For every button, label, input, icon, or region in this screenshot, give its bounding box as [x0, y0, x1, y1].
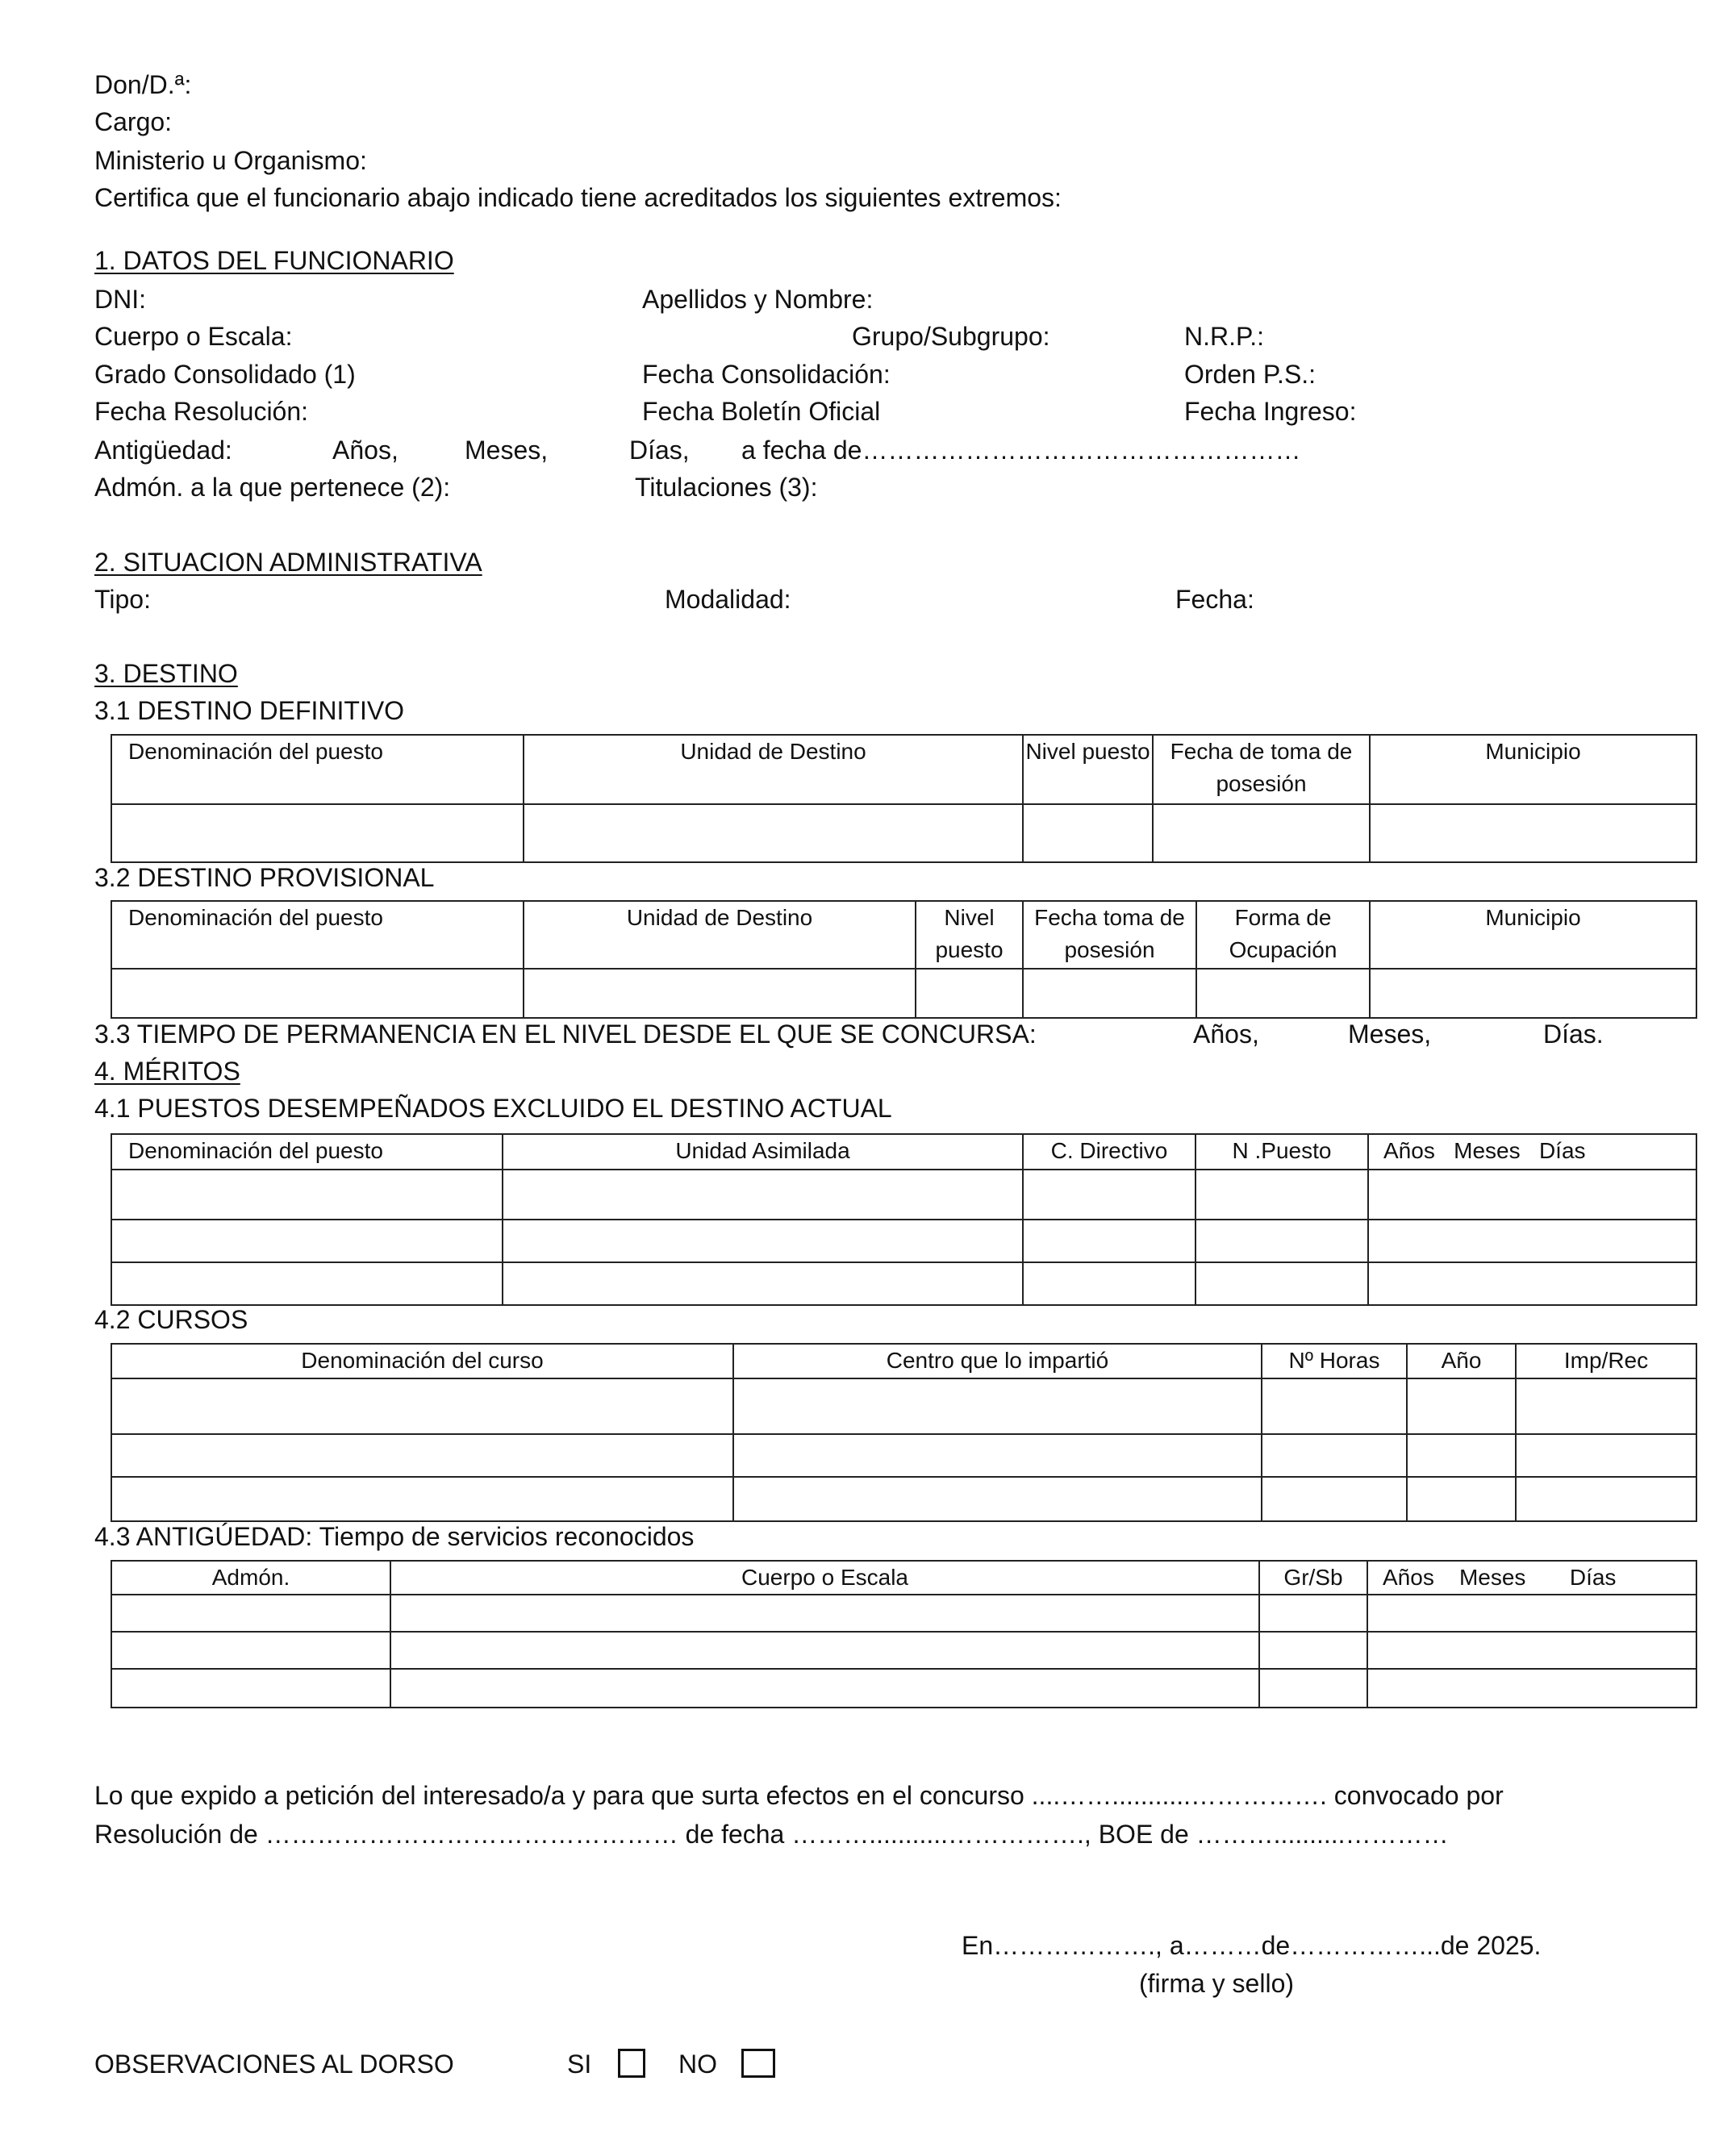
- table-cell[interactable]: [111, 1434, 733, 1477]
- table-cell[interactable]: [1516, 1434, 1696, 1477]
- no-checkbox[interactable]: [741, 2049, 775, 2078]
- admon-label: Admón. a la que pertenece (2):: [94, 471, 450, 503]
- permanencia-meses-label: Meses,: [1348, 1018, 1431, 1050]
- table-cell[interactable]: [1262, 1378, 1407, 1434]
- col-centro: Centro que lo impartió: [733, 1344, 1262, 1378]
- col-c-directivo: C. Directivo: [1023, 1134, 1195, 1170]
- section-1-title: 1. DATOS DEL FUNCIONARIO: [94, 244, 454, 277]
- don-label: Don/D.ª:: [94, 69, 191, 101]
- table-cell[interactable]: [1370, 804, 1696, 862]
- permanencia-dias-label: Días.: [1543, 1018, 1604, 1050]
- col-municipio: Municipio: [1370, 901, 1696, 969]
- section-3-title: 3. DESTINO: [94, 657, 238, 690]
- antiguedad-label: Antigüedad:: [94, 434, 232, 466]
- fecha-resolucion-label: Fecha Resolución:: [94, 395, 308, 427]
- table-row: [111, 969, 1696, 1018]
- table-cell[interactable]: [1368, 1262, 1696, 1305]
- destino-definitivo-table: Denominación del puesto Unidad de Destin…: [111, 734, 1697, 863]
- col-ano: Año: [1407, 1344, 1516, 1378]
- ministerio-label: Ministerio u Organismo:: [94, 144, 367, 177]
- no-label: NO: [678, 2048, 717, 2080]
- col-denominacion: Denominación del puesto: [111, 735, 524, 804]
- table-cell[interactable]: [524, 804, 1023, 862]
- table-cell[interactable]: [111, 1220, 503, 1262]
- table-cell[interactable]: [111, 1262, 503, 1305]
- table-cell[interactable]: [1195, 1220, 1368, 1262]
- antiguedad-meses-label: Meses,: [465, 434, 548, 466]
- observaciones-label: OBSERVACIONES AL DORSO: [94, 2048, 454, 2080]
- antiguedad-title: 4.3 ANTIGÚEDAD: Tiempo de servicios reco…: [94, 1520, 694, 1553]
- col-admon: Admón.: [111, 1561, 390, 1595]
- table-cell[interactable]: [111, 1170, 503, 1220]
- table-cell[interactable]: [1367, 1669, 1696, 1708]
- section-2-title: 2. SITUACION ADMINISTRATIVA: [94, 546, 482, 578]
- col-anos-meses-dias: Años Meses Días: [1368, 1134, 1696, 1170]
- col-imp-rec: Imp/Rec: [1516, 1344, 1696, 1378]
- si-label: SI: [567, 2048, 591, 2080]
- table-cell[interactable]: [1407, 1378, 1516, 1434]
- table-cell[interactable]: [1259, 1632, 1367, 1669]
- table-row: [111, 1378, 1696, 1434]
- antiguedad-anos-label: Años,: [332, 434, 398, 466]
- table-cell[interactable]: [390, 1595, 1259, 1632]
- table-cell[interactable]: [1196, 969, 1370, 1018]
- puestos-table: Denominación del puesto Unidad Asimilada…: [111, 1133, 1697, 1306]
- table-cell[interactable]: [111, 969, 524, 1018]
- col-denominacion: Denominación del puesto: [111, 901, 524, 969]
- antiguedad-dias-label: Días,: [629, 434, 690, 466]
- table-cell[interactable]: [916, 969, 1023, 1018]
- table-cell[interactable]: [733, 1434, 1262, 1477]
- table-cell[interactable]: [1370, 969, 1696, 1018]
- table-row: [111, 1434, 1696, 1477]
- col-nivel-puesto: Nivel puesto: [1023, 735, 1153, 804]
- table-cell[interactable]: [111, 804, 524, 862]
- section-4-title: 4. MÉRITOS: [94, 1055, 240, 1087]
- table-cell[interactable]: [1153, 804, 1370, 862]
- table-cell[interactable]: [1516, 1378, 1696, 1434]
- destino-definitivo-title: 3.1 DESTINO DEFINITIVO: [94, 694, 404, 727]
- table-row: [111, 1477, 1696, 1521]
- table-cell[interactable]: [390, 1632, 1259, 1669]
- apellidos-label: Apellidos y Nombre:: [642, 283, 873, 315]
- table-cell[interactable]: [1195, 1262, 1368, 1305]
- permanencia-label: 3.3 TIEMPO DE PERMANENCIA EN EL NIVEL DE…: [94, 1018, 1037, 1050]
- cursos-title: 4.2 CURSOS: [94, 1303, 248, 1336]
- col-denominacion: Denominación del puesto: [111, 1134, 503, 1170]
- col-gr-sb: Gr/Sb: [1259, 1561, 1367, 1595]
- table-cell[interactable]: [1259, 1669, 1367, 1708]
- antiguedad-table: Admón. Cuerpo o Escala Gr/Sb Años Meses …: [111, 1560, 1697, 1708]
- col-unidad-asimilada: Unidad Asimilada: [503, 1134, 1023, 1170]
- table-cell[interactable]: [1516, 1477, 1696, 1521]
- table-row: [111, 1220, 1696, 1262]
- titulaciones-label: Titulaciones (3):: [635, 471, 817, 503]
- table-cell[interactable]: [111, 1632, 390, 1669]
- table-row: [111, 1262, 1696, 1305]
- cargo-label: Cargo:: [94, 106, 172, 138]
- grado-label: Grado Consolidado (1): [94, 358, 356, 390]
- table-cell[interactable]: [1368, 1170, 1696, 1220]
- table-row: [111, 1595, 1696, 1632]
- modalidad-label: Modalidad:: [665, 583, 791, 615]
- destino-provisional-table: Denominación del puesto Unidad de Destin…: [111, 900, 1697, 1019]
- col-fecha-toma: Fecha toma de posesión: [1023, 901, 1196, 969]
- cuerpo-label: Cuerpo o Escala:: [94, 320, 292, 352]
- col-n-puesto: N .Puesto: [1195, 1134, 1368, 1170]
- firma-sello-label: (firma y sello): [1139, 1967, 1294, 2000]
- table-cell[interactable]: [503, 1220, 1023, 1262]
- nrp-label: N.R.P.:: [1184, 320, 1264, 352]
- table-cell[interactable]: [524, 969, 916, 1018]
- table-cell[interactable]: [503, 1170, 1023, 1220]
- table-cell[interactable]: [1262, 1477, 1407, 1521]
- table-cell[interactable]: [1023, 969, 1196, 1018]
- table-cell[interactable]: [1407, 1477, 1516, 1521]
- orden-ps-label: Orden P.S.:: [1184, 358, 1316, 390]
- table-cell[interactable]: [1407, 1434, 1516, 1477]
- destino-provisional-title: 3.2 DESTINO PROVISIONAL: [94, 861, 434, 894]
- dni-label: DNI:: [94, 283, 146, 315]
- table-cell[interactable]: [733, 1477, 1262, 1521]
- col-nivel-puesto: Nivel puesto: [916, 901, 1023, 969]
- table-cell[interactable]: [1023, 1170, 1195, 1220]
- table-row: [111, 1170, 1696, 1220]
- table-cell[interactable]: [733, 1378, 1262, 1434]
- expido-line-1: Lo que expido a petición del interesado/…: [94, 1779, 1504, 1812]
- grupo-label: Grupo/Subgrupo:: [852, 320, 1050, 352]
- tipo-label: Tipo:: [94, 583, 151, 615]
- table-cell[interactable]: [390, 1669, 1259, 1708]
- table-cell[interactable]: [1259, 1595, 1367, 1632]
- table-cell[interactable]: [503, 1262, 1023, 1305]
- table-cell[interactable]: [1023, 804, 1153, 862]
- permanencia-anos-label: Años,: [1193, 1018, 1259, 1050]
- col-horas: Nº Horas: [1262, 1344, 1407, 1378]
- col-unidad-destino: Unidad de Destino: [524, 735, 1023, 804]
- fecha-consolidacion-label: Fecha Consolidación:: [642, 358, 891, 390]
- cursos-table: Denominación del curso Centro que lo imp…: [111, 1343, 1697, 1522]
- expido-line-2: Resolución de ………………………………………… de fecha …: [94, 1818, 1449, 1850]
- table-cell[interactable]: [111, 1378, 733, 1434]
- table-cell[interactable]: [1367, 1632, 1696, 1669]
- table-cell[interactable]: [111, 1477, 733, 1521]
- table-cell[interactable]: [111, 1669, 390, 1708]
- table-cell[interactable]: [1023, 1262, 1195, 1305]
- a-fecha-de-field: a fecha de……………………………………………: [741, 434, 1300, 466]
- table-cell[interactable]: [1368, 1220, 1696, 1262]
- col-fecha-toma: Fecha de toma de posesión: [1153, 735, 1370, 804]
- certifica-text: Certifica que el funcionario abajo indic…: [94, 181, 1062, 214]
- col-municipio: Municipio: [1370, 735, 1696, 804]
- col-anos-meses-dias: Años Meses Días: [1367, 1561, 1696, 1595]
- col-unidad-destino: Unidad de Destino: [524, 901, 916, 969]
- table-cell[interactable]: [1262, 1434, 1407, 1477]
- table-row: [111, 1632, 1696, 1669]
- si-checkbox[interactable]: [618, 2049, 645, 2078]
- table-cell[interactable]: [1367, 1595, 1696, 1632]
- table-cell[interactable]: [1023, 1220, 1195, 1262]
- col-cuerpo-escala: Cuerpo o Escala: [390, 1561, 1259, 1595]
- col-denominacion-curso: Denominación del curso: [111, 1344, 733, 1378]
- puestos-title: 4.1 PUESTOS DESEMPEÑADOS EXCLUIDO EL DES…: [94, 1092, 892, 1124]
- fecha-ingreso-label: Fecha Ingreso:: [1184, 395, 1356, 427]
- table-cell[interactable]: [1195, 1170, 1368, 1220]
- table-cell[interactable]: [111, 1595, 390, 1632]
- col-forma-ocupacion: Forma de Ocupación: [1196, 901, 1370, 969]
- table-row: [111, 1669, 1696, 1708]
- fecha-boletin-label: Fecha Boletín Oficial: [642, 395, 880, 427]
- lugar-fecha: En………………., a………de……………...de 2025.: [962, 1929, 1541, 1962]
- table-row: [111, 804, 1696, 862]
- fecha-label: Fecha:: [1175, 583, 1254, 615]
